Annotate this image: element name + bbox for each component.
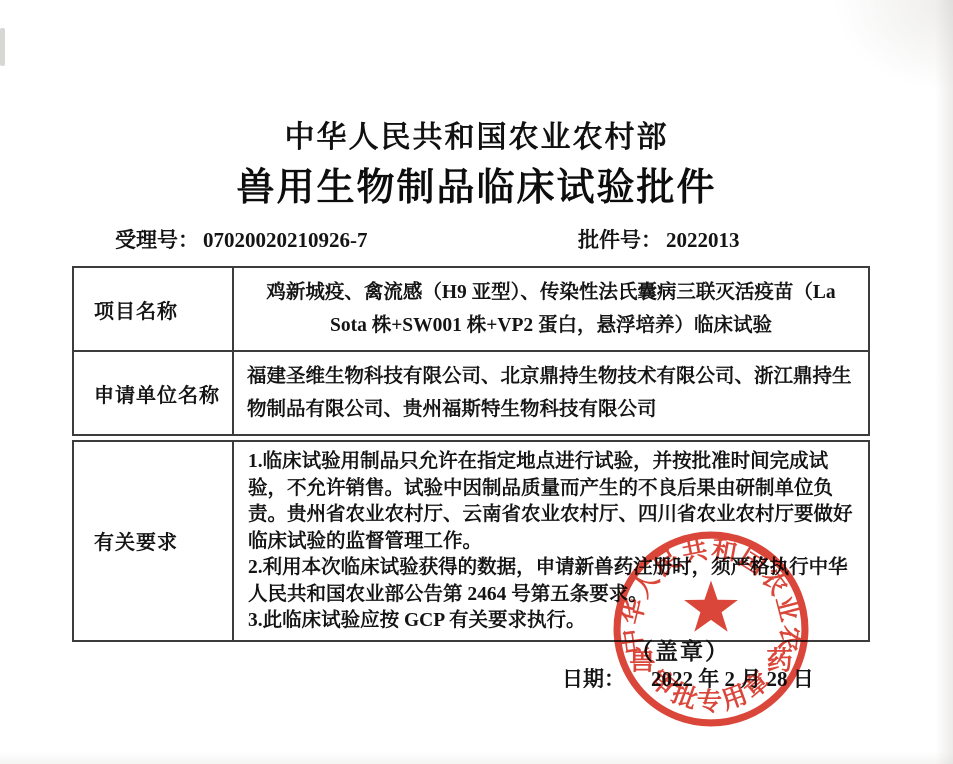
acceptance-number: 受理号：07020020210926-7 [115,224,368,254]
seal-placeholder-text: （盖章） [630,633,730,666]
approval-number-value: 2022013 [666,228,740,252]
date-line: 日期：2022 年 2 月 28 日 [562,663,814,693]
date-value: 2022 年 2 月 28 日 [651,667,814,691]
requirements-value: 1.临床试验用制品只允许在指定地点进行试验，并按批准时间完成试验，不允许销售。试… [234,442,868,640]
acceptance-number-value: 07020020210926-7 [203,228,368,252]
table-row-applicant: 申请单位名称 福建圣维生物科技有限公司、北京鼎持生物技术有限公司、浙江鼎持生物制… [72,350,870,436]
requirement-item-1: 1.临床试验用制品只允许在指定地点进行试验，并按批准时间完成试验，不允许销售。试… [248,449,854,555]
date-label: 日期： [562,667,625,691]
reference-numbers-row: 受理号：07020020210926-7 批件号：2022013 [0,224,953,254]
scanned-document-page: { "doc": { "ministry": "中华人民共和国农业农村部", "… [0,0,953,764]
project-name-label: 项目名称 [74,268,234,350]
approval-number: 批件号：2022013 [578,224,740,254]
acceptance-number-label: 受理号： [115,228,199,252]
approval-details-table: 项目名称 鸡新城疫、禽流感（H9 亚型）、传染性法氏囊病三联灭活疫苗（La So… [72,266,870,642]
document-title: 兽用生物制品临床试验批件 [0,156,953,211]
requirement-item-3: 3.此临床试验应按 GCP 有关要求执行。 [248,608,854,635]
approval-number-label: 批件号： [578,228,662,252]
ministry-title: 中华人民共和国农业农村部 [0,112,953,156]
scan-edge-artifact [0,28,5,66]
requirements-label: 有关要求 [74,442,234,640]
applicant-label: 申请单位名称 [74,352,234,434]
table-row-project-name: 项目名称 鸡新城疫、禽流感（H9 亚型）、传染性法氏囊病三联灭活疫苗（La So… [72,266,870,352]
table-row-requirements: 有关要求 1.临床试验用制品只允许在指定地点进行试验，并按批准时间完成试验，不允… [72,440,870,642]
applicant-value: 福建圣维生物科技有限公司、北京鼎持生物技术有限公司、浙江鼎持生物制品有限公司、贵… [234,352,868,434]
requirement-item-2: 2.利用本次临床试验获得的数据，申请新兽药注册时，须严格执行中华人民共和国农业部… [248,555,854,608]
project-name-value: 鸡新城疫、禽流感（H9 亚型）、传染性法氏囊病三联灭活疫苗（La Sota 株+… [234,268,868,350]
